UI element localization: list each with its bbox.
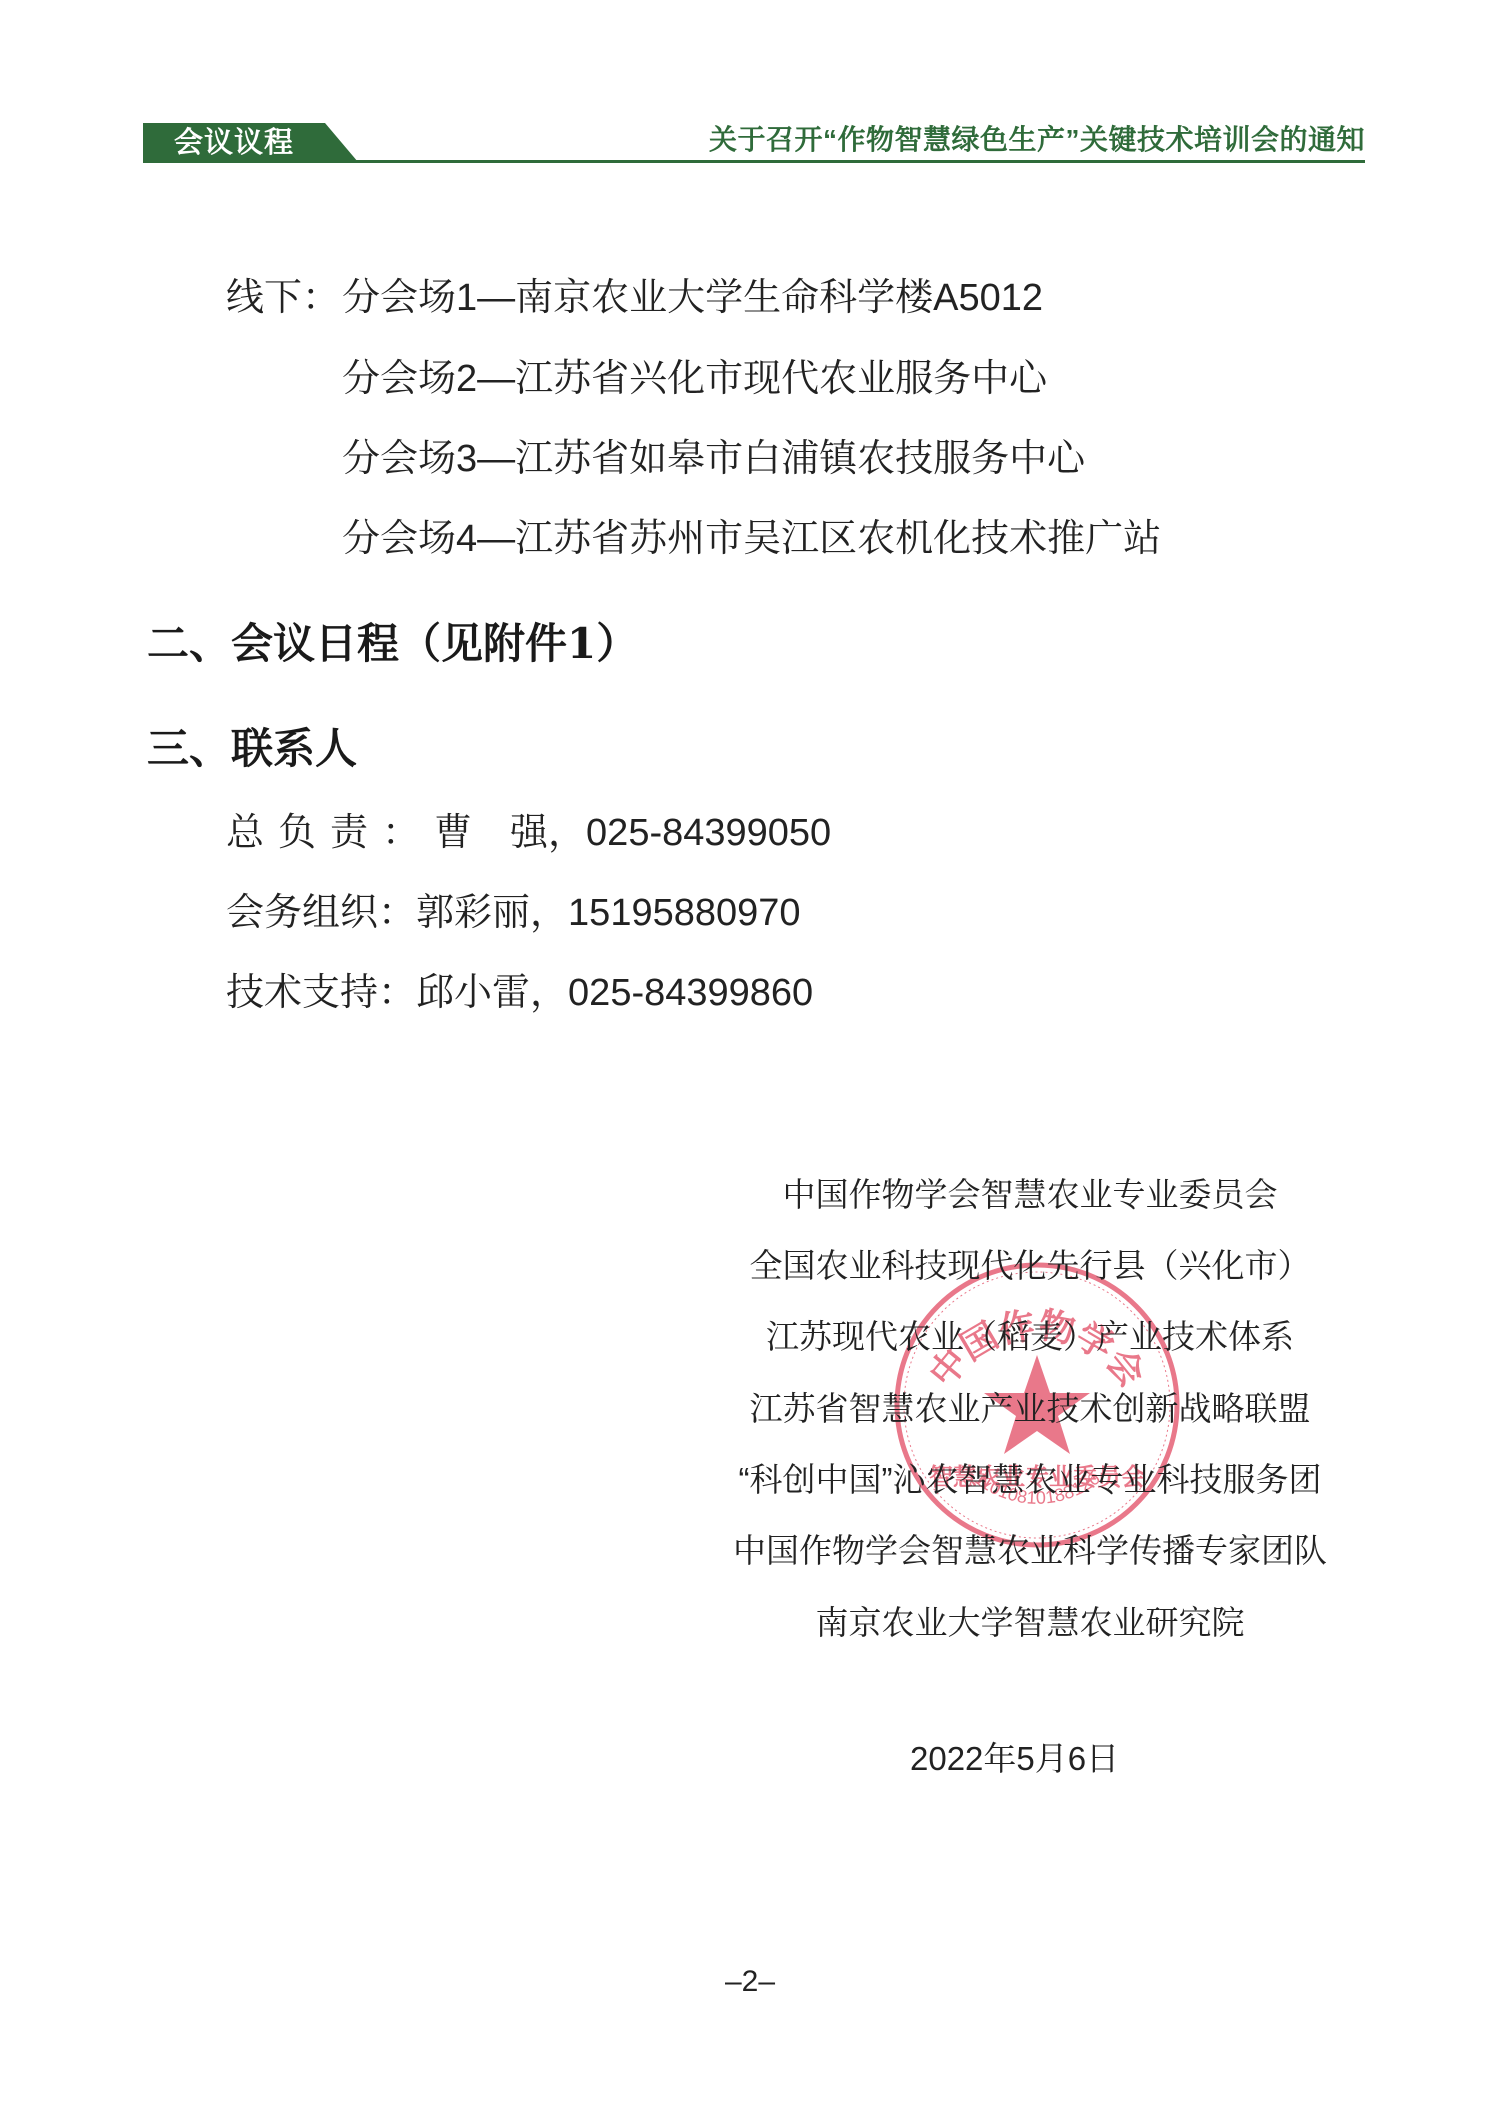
signatory-line: 南京农业大学智慧农业研究院 [700,1602,1360,1644]
venue-line-3: 分会场3—江苏省如皋市白浦镇农技服务中心 [342,436,1085,482]
page-number: –2– [700,1964,800,2000]
contact-name: 曹 强 [434,812,548,854]
section-heading-contacts: 三、联系人 [147,723,357,775]
document-date: 2022年5月6日 [910,1738,1119,1780]
contact-sep: ， [530,972,568,1014]
contact-name: 邱小雷 [416,972,530,1014]
venue-line-1: 分会场1—南京农业大学生命科学楼A5012 [342,275,1043,321]
section-heading-agenda: 二、会议日程（见附件1） [147,618,638,670]
contact-role: 技术支持： [226,970,416,1016]
header-divider [143,160,1365,163]
signatory-line: 江苏现代农业（稻麦）产业技术体系 [700,1316,1360,1358]
contact-row: 技术支持：邱小雷，025-84399860 [226,970,813,1016]
signatory-line: 江苏省智慧农业产业技术创新战略联盟 [700,1388,1360,1430]
contact-sep: ， [530,892,568,934]
signatory-line: 中国作物学会智慧农业科学传播专家团队 [700,1530,1360,1572]
contact-row: 会务组织：郭彩丽，15195880970 [226,890,801,936]
contact-row: 总负责：曹 强，025-84399050 [226,810,831,856]
contact-name: 郭彩丽 [416,892,530,934]
signatory-line: 全国农业科技现代化先行县（兴化市） [700,1245,1360,1287]
contact-role: 总负责： [226,810,434,856]
venue-label: 线下： [226,275,340,321]
contact-phone: 025-84399860 [568,972,813,1014]
contact-phone: 025-84399050 [586,812,831,854]
contact-phone: 15195880970 [568,892,800,934]
signatory-line: “科创中国”沁农智慧农业专业科技服务团 [700,1459,1360,1501]
header-notice-title: 关于召开“作物智慧绿色生产”关键技术培训会的通知 [709,122,1365,158]
signatory-line: 中国作物学会智慧农业专业委员会 [700,1174,1360,1216]
venue-line-2: 分会场2—江苏省兴化市现代农业服务中心 [342,356,1047,402]
venue-line-4: 分会场4—江苏省苏州市吴江区农机化技术推广站 [342,516,1161,562]
header-section-label: 会议议程 [174,124,294,162]
contact-sep: ， [548,812,586,854]
contact-role: 会务组织： [226,890,416,936]
